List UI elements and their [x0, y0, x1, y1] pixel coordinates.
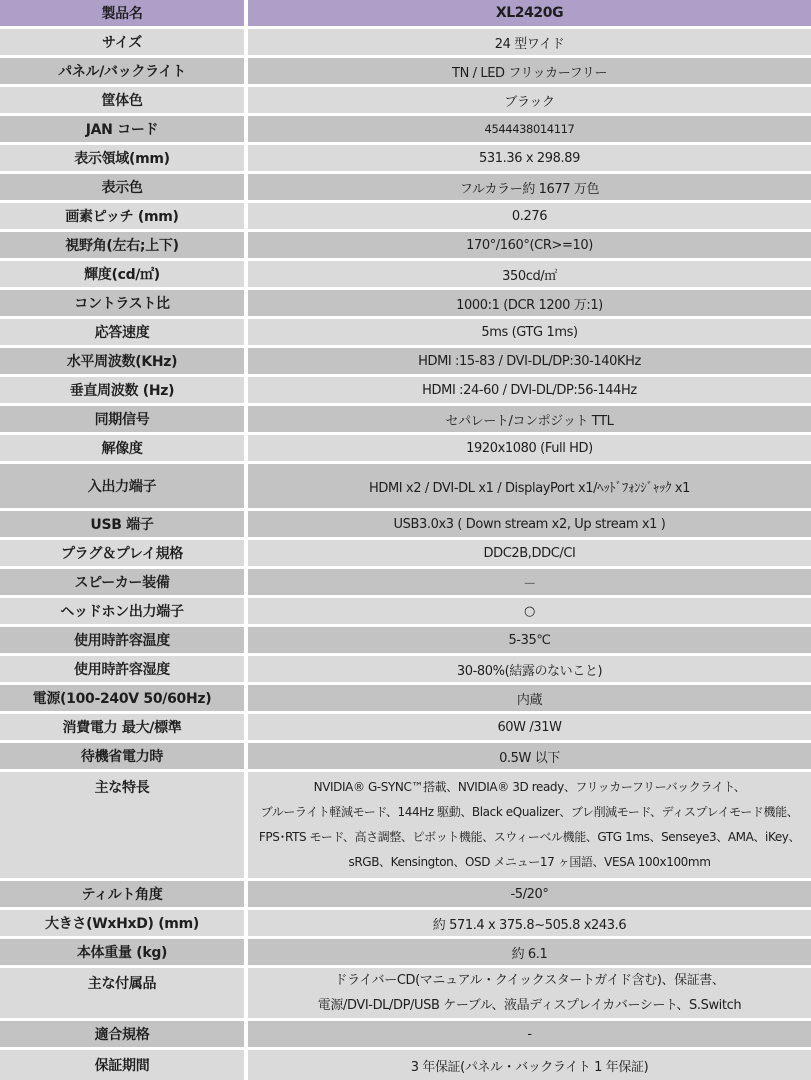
spec-label: 応答速度 — [0, 319, 244, 345]
spec-row-accessories: 主な付属品 ドライバーCD(マニュアル・クイックスタートガイド含む)、保証書、 … — [0, 968, 811, 1018]
spec-label: 同期信号 — [0, 406, 244, 432]
spec-value: ブラック — [248, 87, 811, 113]
spec-label: 大きさ(WxHxD) (mm) — [0, 910, 244, 936]
spec-label: 解像度 — [0, 435, 244, 461]
spec-value: セパレート/コンポジット TTL — [248, 406, 811, 432]
spec-label: ティルト角度 — [0, 881, 244, 907]
spec-row-weight: 本体重量 (kg) 約 6.1 — [0, 939, 811, 965]
spec-value: 531.36 x 298.89 — [248, 145, 811, 171]
spec-value: 4544438014117 — [248, 116, 811, 142]
spec-value: フルカラー約 1677 万色 — [248, 174, 811, 200]
spec-label: スピーカー装備 — [0, 569, 244, 595]
spec-value: 0.5W 以下 — [248, 743, 811, 769]
spec-row-headphone: ヘッドホン出力端子 ○ — [0, 598, 811, 624]
spec-row-speaker: スピーカー装備 － — [0, 569, 811, 595]
spec-label: 垂直周波数 (Hz) — [0, 377, 244, 403]
spec-row-power-consumption: 消費電力 最大/標準 60W /31W — [0, 714, 811, 740]
spec-label: 主な特長 — [0, 772, 244, 878]
spec-label: USB 端子 — [0, 511, 244, 537]
spec-table: 製品名 XL2420G サイズ 24 型ワイド パネル/バックライト TN / … — [0, 0, 811, 1080]
spec-label: ヘッドホン出力端子 — [0, 598, 244, 624]
spec-row-contrast: コントラスト比 1000:1 (DCR 1200 万:1) — [0, 290, 811, 316]
spec-value: 3 年保証(パネル・バックライト 1 年保証) — [248, 1050, 811, 1080]
spec-row-sync-signal: 同期信号 セパレート/コンポジット TTL — [0, 406, 811, 432]
feature-line: NVIDIA® G-SYNC™搭載、NVIDIA® 3D ready、フリッカー… — [314, 775, 746, 800]
spec-value: － — [248, 569, 811, 595]
spec-row-plug-and-play: プラグ＆プレイ規格 DDC2B,DDC/CI — [0, 540, 811, 566]
spec-value: - — [248, 1021, 811, 1047]
spec-label: 表示領域(mm) — [0, 145, 244, 171]
product-name: XL2420G — [248, 0, 811, 26]
spec-value: 5-35℃ — [248, 627, 811, 653]
spec-row-brightness: 輝度(cd/㎡) 350cd/㎡ — [0, 261, 811, 287]
spec-label: サイズ — [0, 29, 244, 55]
feature-line: ブルーライト軽減モード、144Hz 駆動、Black eQualizer、ブレ削… — [261, 800, 799, 825]
spec-value: -5/20° — [248, 881, 811, 907]
spec-label: 視野角(左右;上下) — [0, 232, 244, 258]
spec-row-vertical-freq: 垂直周波数 (Hz) HDMI :24-60 / DVI-DL/DP:56-14… — [0, 377, 811, 403]
spec-label: 待機省電力時 — [0, 743, 244, 769]
spec-row-humidity: 使用時許容湿度 30-80%(結露のないこと) — [0, 656, 811, 682]
spec-value: 24 型ワイド — [248, 29, 811, 55]
spec-value: 60W /31W — [248, 714, 811, 740]
spec-row-features: 主な特長 NVIDIA® G-SYNC™搭載、NVIDIA® 3D ready、… — [0, 772, 811, 878]
accessory-line: ドライバーCD(マニュアル・クイックスタートガイド含む)、保証書、 — [334, 968, 724, 993]
spec-value: 約 6.1 — [248, 939, 811, 965]
spec-row-horizontal-freq: 水平周波数(KHz) HDMI :15-83 / DVI-DL/DP:30-14… — [0, 348, 811, 374]
spec-value-accessories: ドライバーCD(マニュアル・クイックスタートガイド含む)、保証書、 電源/DVI… — [248, 968, 811, 1018]
spec-row-color: 筐体色 ブラック — [0, 87, 811, 113]
spec-row-usb: USB 端子 USB3.0x3 ( Down stream x2, Up str… — [0, 511, 811, 537]
spec-label: 使用時許容温度 — [0, 627, 244, 653]
spec-label: 本体重量 (kg) — [0, 939, 244, 965]
spec-value: 1920x1080 (Full HD) — [248, 435, 811, 461]
spec-label: パネル/バックライト — [0, 58, 244, 84]
spec-value: 30-80%(結露のないこと) — [248, 656, 811, 682]
spec-value: USB3.0x3 ( Down stream x2, Up stream x1 … — [248, 511, 811, 537]
spec-value: TN / LED フリッカーフリー — [248, 58, 811, 84]
spec-value: DDC2B,DDC/CI — [248, 540, 811, 566]
spec-row-warranty: 保証期間 3 年保証(パネル・バックライト 1 年保証) — [0, 1050, 811, 1080]
spec-row-tilt: ティルト角度 -5/20° — [0, 881, 811, 907]
spec-label: 消費電力 最大/標準 — [0, 714, 244, 740]
spec-value: 1000:1 (DCR 1200 万:1) — [248, 290, 811, 316]
spec-row-response-time: 応答速度 5ms (GTG 1ms) — [0, 319, 811, 345]
spec-row-power-supply: 電源(100-240V 50/60Hz) 内蔵 — [0, 685, 811, 711]
spec-value: 内蔵 — [248, 685, 811, 711]
spec-row-jan: JAN コード 4544438014117 — [0, 116, 811, 142]
spec-row-viewing-angle: 視野角(左右;上下) 170°/160°(CR>=10) — [0, 232, 811, 258]
spec-row-size: サイズ 24 型ワイド — [0, 29, 811, 55]
spec-value: HDMI :24-60 / DVI-DL/DP:56-144Hz — [248, 377, 811, 403]
spec-value: HDMI x2 / DVI-DL x1 / DisplayPort x1/ﾍｯﾄ… — [248, 464, 811, 508]
spec-row-display-area: 表示領域(mm) 531.36 x 298.89 — [0, 145, 811, 171]
spec-row-dimensions: 大きさ(WxHxD) (mm) 約 571.4 x 375.8~505.8 x2… — [0, 910, 811, 936]
spec-label: 適合規格 — [0, 1021, 244, 1047]
spec-label: 主な付属品 — [0, 968, 244, 1018]
spec-value: 350cd/㎡ — [248, 261, 811, 287]
feature-line: FPS･RTS モード、高さ調整、ピボット機能、スウィーベル機能、GTG 1ms… — [259, 825, 800, 850]
spec-label: 筐体色 — [0, 87, 244, 113]
header-label: 製品名 — [0, 0, 244, 26]
spec-row-panel: パネル/バックライト TN / LED フリッカーフリー — [0, 58, 811, 84]
spec-label: 画素ピッチ (mm) — [0, 203, 244, 229]
spec-label: 電源(100-240V 50/60Hz) — [0, 685, 244, 711]
spec-label: 保証期間 — [0, 1050, 244, 1080]
feature-line: sRGB、Kensington、OSD メニュー17 ヶ国語、VESA 100x… — [349, 850, 711, 875]
spec-row-standby-power: 待機省電力時 0.5W 以下 — [0, 743, 811, 769]
accessory-line: 電源/DVI-DL/DP/USB ケーブル、液晶ディスプレイカバーシート、S.S… — [318, 993, 741, 1018]
spec-label: JAN コード — [0, 116, 244, 142]
spec-row-temperature: 使用時許容温度 5-35℃ — [0, 627, 811, 653]
table-header-row: 製品名 XL2420G — [0, 0, 811, 26]
spec-row-io-ports: 入出力端子 HDMI x2 / DVI-DL x1 / DisplayPort … — [0, 464, 811, 508]
spec-value: 0.276 — [248, 203, 811, 229]
spec-label: 表示色 — [0, 174, 244, 200]
spec-label: プラグ＆プレイ規格 — [0, 540, 244, 566]
spec-row-compliance: 適合規格 - — [0, 1021, 811, 1047]
spec-label: 輝度(cd/㎡) — [0, 261, 244, 287]
spec-value: 約 571.4 x 375.8~505.8 x243.6 — [248, 910, 811, 936]
spec-label: コントラスト比 — [0, 290, 244, 316]
spec-value: 5ms (GTG 1ms) — [248, 319, 811, 345]
spec-value: HDMI :15-83 / DVI-DL/DP:30-140KHz — [248, 348, 811, 374]
spec-value-features: NVIDIA® G-SYNC™搭載、NVIDIA® 3D ready、フリッカー… — [248, 772, 811, 878]
spec-row-display-colors: 表示色 フルカラー約 1677 万色 — [0, 174, 811, 200]
spec-label: 水平周波数(KHz) — [0, 348, 244, 374]
spec-label: 使用時許容湿度 — [0, 656, 244, 682]
spec-value: ○ — [248, 598, 811, 624]
spec-row-resolution: 解像度 1920x1080 (Full HD) — [0, 435, 811, 461]
spec-row-pixel-pitch: 画素ピッチ (mm) 0.276 — [0, 203, 811, 229]
spec-value: 170°/160°(CR>=10) — [248, 232, 811, 258]
spec-label: 入出力端子 — [0, 464, 244, 508]
